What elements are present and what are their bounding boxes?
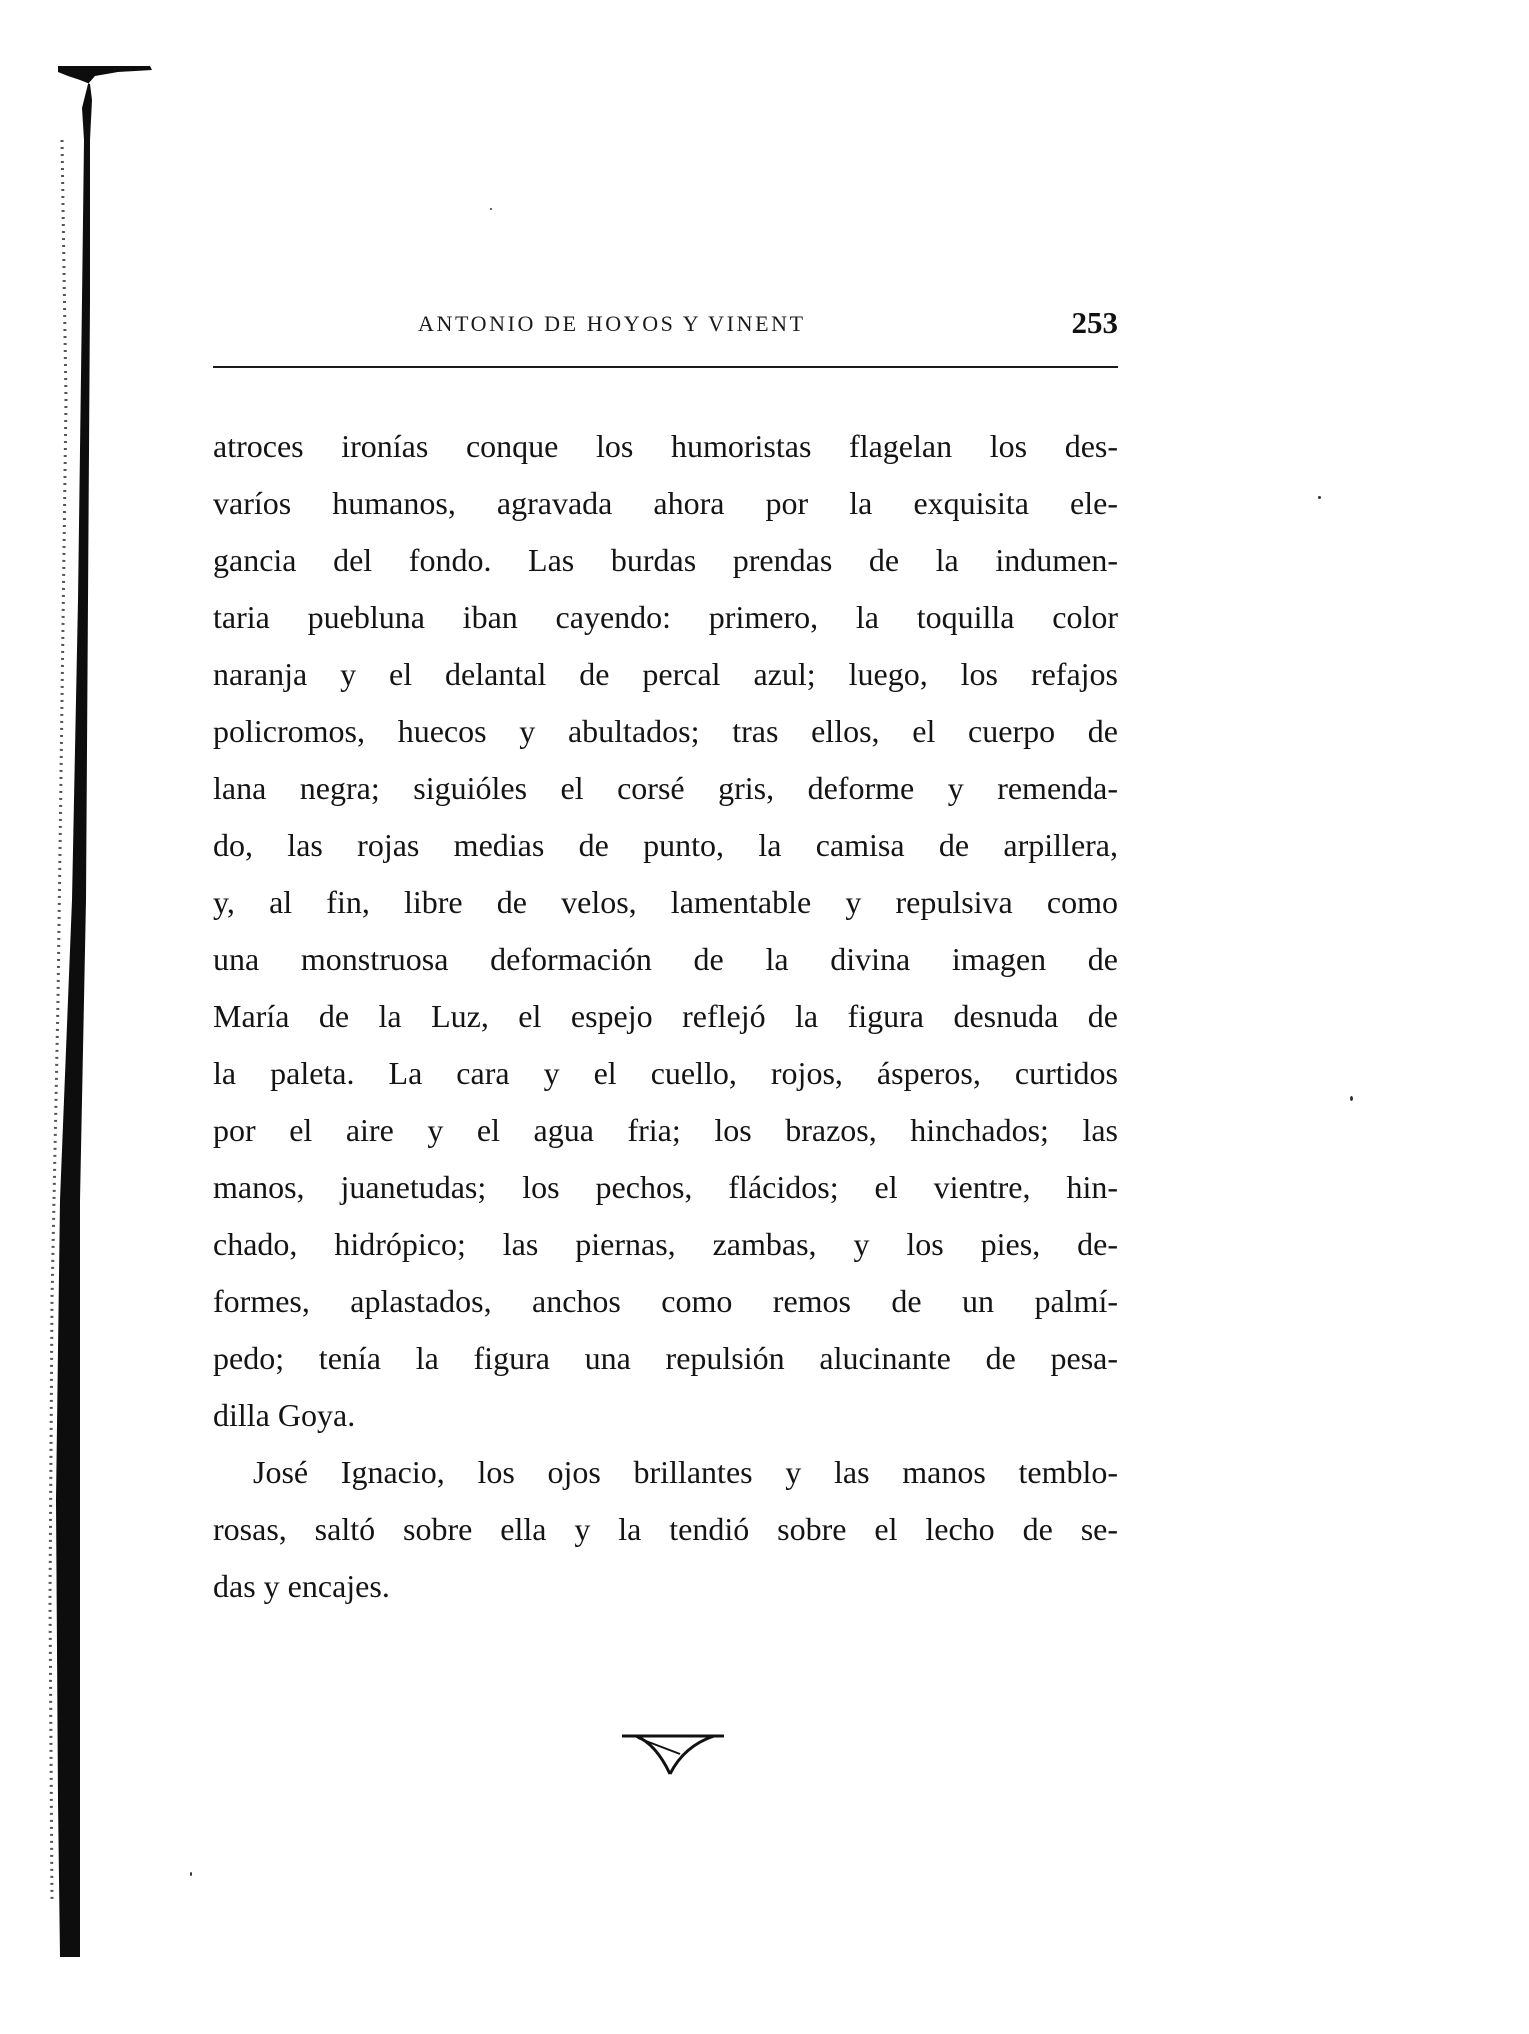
text-line: gancia del fondo. Las burdas prendas de … — [213, 532, 1118, 589]
text-line: y, al fin, libre de velos, lamentable y … — [213, 874, 1118, 931]
text-line: José Ignacio, los ojos brillantes y las … — [213, 1444, 1118, 1501]
scan-speck — [190, 1872, 192, 1876]
scan-speck — [1318, 496, 1321, 499]
text-line: chado, hidrópico; las piernas, zambas, y… — [213, 1216, 1118, 1273]
text-line: rosas, saltó sobre ella y la tendió sobr… — [213, 1501, 1118, 1558]
paragraph-2: José Ignacio, los ojos brillantes y las … — [213, 1444, 1118, 1615]
running-head: ANTONIO DE HOYOS Y VINENT 253 — [213, 305, 1118, 345]
text-line: María de la Luz, el espejo reflejó la fi… — [213, 988, 1118, 1045]
text-line: pedo; tenía la figura una repulsión aluc… — [213, 1330, 1118, 1387]
paragraph-1: atroces ironías conque los humoristas fl… — [213, 418, 1118, 1444]
text-line: policromos, huecos y abultados; tras ell… — [213, 703, 1118, 760]
page-number: 253 — [1072, 305, 1119, 341]
binding-edge — [0, 0, 160, 2034]
text-line: manos, juanetudas; los pechos, flácidos;… — [213, 1159, 1118, 1216]
text-line: por el aire y el agua fria; los brazos, … — [213, 1102, 1118, 1159]
running-head-title: ANTONIO DE HOYOS Y VINENT — [418, 311, 806, 337]
scan-speck — [1350, 1096, 1353, 1101]
text-line: lana negra; siguióles el corsé gris, def… — [213, 760, 1118, 817]
inverted-triangle-tailpiece-icon — [618, 1730, 728, 1780]
text-line: dilla Goya. — [213, 1387, 1118, 1444]
text-line: formes, aplastados, anchos como remos de… — [213, 1273, 1118, 1330]
body-text: atroces ironías conque los humoristas fl… — [213, 418, 1118, 1615]
scan-speck — [490, 208, 492, 210]
text-line: una monstruosa deformación de la divina … — [213, 931, 1118, 988]
text-line: naranja y el delantal de percal azul; lu… — [213, 646, 1118, 703]
text-line: la paleta. La cara y el cuello, rojos, á… — [213, 1045, 1118, 1102]
text-line: do, las rojas medias de punto, la camisa… — [213, 817, 1118, 874]
text-line: das y encajes. — [213, 1558, 1118, 1615]
header-rule — [213, 366, 1118, 368]
text-line: varíos humanos, agravada ahora por la ex… — [213, 475, 1118, 532]
text-line: taria puebluna iban cayendo: primero, la… — [213, 589, 1118, 646]
text-line: atroces ironías conque los humoristas fl… — [213, 418, 1118, 475]
